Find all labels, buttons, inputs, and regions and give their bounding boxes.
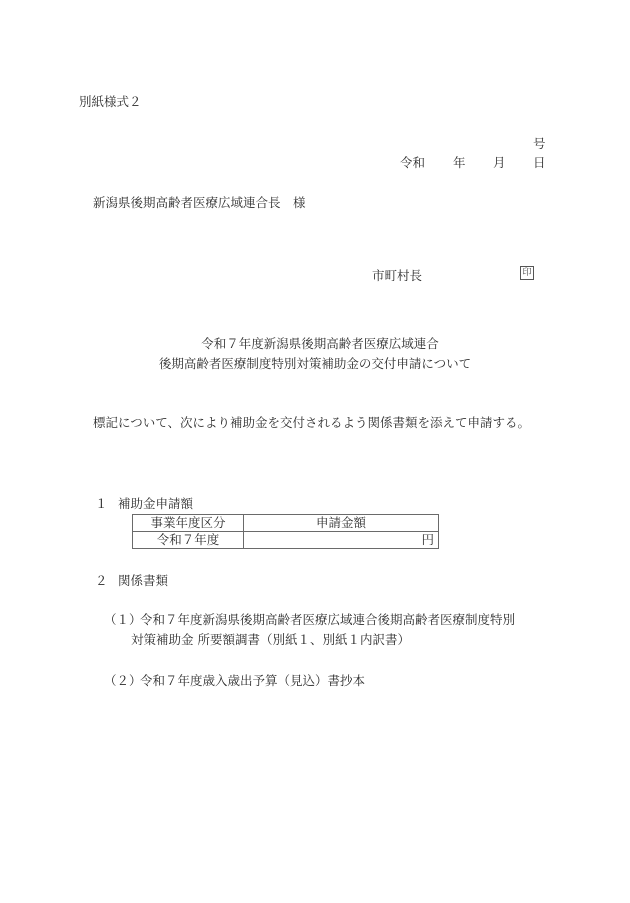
list-item-text: 令和７年度新潟県後期高齢者医療広域連合後期高齢者医療制度特別 [140, 614, 515, 627]
section-1-number: １ [95, 498, 108, 511]
subsidy-amount-table: 事業年度区分 申請金額 令和７年度 円 [132, 514, 439, 549]
table-cell-amount: 円 [244, 532, 439, 549]
section-2-title: 関係書類 [118, 575, 168, 588]
table-header-cell: 申請金額 [244, 515, 439, 532]
date-era: 令和 [400, 157, 425, 170]
seal-icon: 印 [520, 266, 534, 280]
table-header-row: 事業年度区分 申請金額 [133, 515, 439, 532]
seal-mark-text: 印 [522, 269, 531, 278]
body-text: 標記について、次により補助金を交付されるよう関係書類を添えて申請する。 [93, 417, 530, 430]
document-title-line2: 後期高齢者医療制度特別対策補助金の交付申請について [0, 358, 630, 371]
date-month-label: 月 [493, 157, 506, 170]
list-item-number: （１） [104, 614, 142, 627]
addressee: 新潟県後期高齢者医療広域連合長 様 [93, 197, 306, 210]
list-item-number: （２） [104, 675, 142, 688]
document-title-line1: 令和７年度新潟県後期高齢者医療広域連合 [0, 338, 630, 351]
list-item-text-continued: 対策補助金 所要額調書（別紙１、別紙１内訳書） [131, 634, 410, 647]
form-label: 別紙様式２ [79, 96, 142, 109]
date-year-label: 年 [453, 157, 466, 170]
document-number-label: 号 [533, 138, 546, 151]
table-row: 令和７年度 円 [133, 532, 439, 549]
section-2-number: ２ [95, 575, 108, 588]
list-item-text: 令和７年度歳入歳出予算（見込）書抄本 [140, 675, 365, 688]
table-cell-fiscal-year: 令和７年度 [133, 532, 244, 549]
date-day-label: 日 [533, 157, 546, 170]
section-1-title: 補助金申請額 [118, 498, 193, 511]
table-header-cell: 事業年度区分 [133, 515, 244, 532]
sender-title: 市町村長 [372, 270, 422, 283]
